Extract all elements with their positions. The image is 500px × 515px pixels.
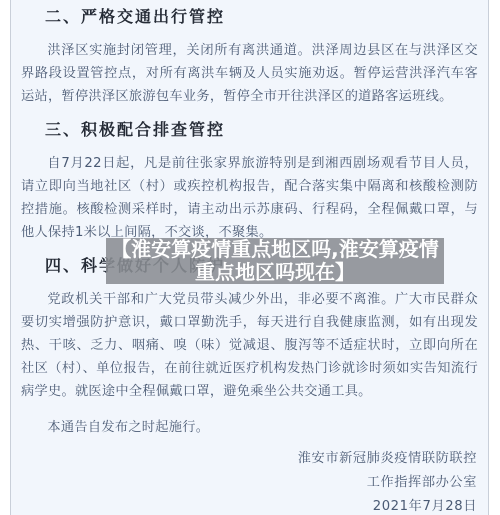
caption-line-2: 重点地区吗现在】 [106,261,444,284]
signature-org-line-1: 淮安市新冠肺炎疫情联防联控 [21,447,477,471]
closing-line: 本通告自发布之时起施行。 [21,416,478,439]
caption-overlay: 【淮安算疫情重点地区吗,淮安算疫情 重点地区吗现在】 [106,238,444,284]
signature-block: 淮安市新冠肺炎疫情联防联控 工作指挥部办公室 2021年7月28日 [21,447,478,515]
section-3-body: 自7月22日起，凡是前往张家界旅游特别是到湘西剧场观看节目人员，请立即向当地社区… [21,152,478,244]
section-2-body: 洪泽区实施封闭管理，关闭所有离洪通道。洪泽周边县区在与洪泽区交界路段设置管控点，… [21,39,478,108]
signature-date: 2021年7月28日 [21,495,477,515]
caption-line-1: 【淮安算疫情重点地区吗,淮安算疫情 [106,238,444,261]
signature-org-line-2: 工作指挥部办公室 [21,471,477,495]
notice-screenshot: 二、严格交通出行管控 洪泽区实施封闭管理，关闭所有离洪通道。洪泽周边县区在与洪泽… [0,0,500,515]
section-2-heading: 二、严格交通出行管控 [45,8,478,26]
section-3-heading: 三、积极配合排查管控 [45,121,478,139]
section-4-body: 党政机关干部和广大党员带头减少外出，非必要不离淮。广大市民群众要切实增强防护意识… [21,288,478,403]
